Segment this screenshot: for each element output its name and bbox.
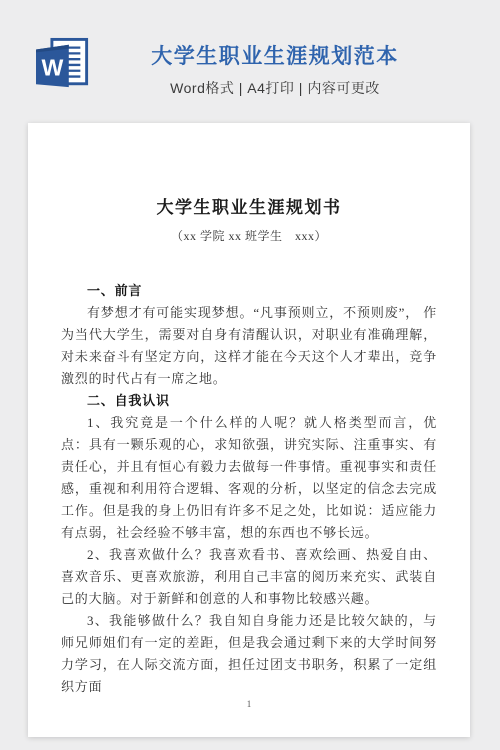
- document-page: 大学生职业生涯规划书 （xx 学院 xx 班学生 xxx） 一、前言有梦想才有可…: [28, 123, 470, 737]
- doc-subtitle: （xx 学院 xx 班学生 xxx）: [61, 227, 437, 244]
- header-text-block: 大学生职业生涯规划范本 Word格式 | A4打印 | 内容可更改: [50, 40, 500, 98]
- paragraph: 有梦想才有可能实现梦想。“凡事预则立，不预则废”， 作为当代大学生，需要对自身有…: [61, 302, 437, 390]
- doc-title: 大学生职业生涯规划书: [61, 193, 437, 218]
- section-heading: 一、前言: [61, 280, 437, 302]
- template-format-info: Word格式 | A4打印 | 内容可更改: [50, 78, 500, 98]
- paragraph: 1、我究竟是一个什么样的人呢？就人格类型而言，优点：具有一颗乐观的心，求知欲强，…: [61, 412, 437, 544]
- section-heading: 二、自我认识: [61, 390, 437, 412]
- paragraph: 2、我喜欢做什么？我喜欢看书、喜欢绘画、热爱自由、喜欢音乐、更喜欢旅游，利用自己…: [61, 544, 437, 610]
- header: W 大学生职业生涯规划范本 Word格式 | A4打印 | 内容可更改: [0, 0, 500, 123]
- paragraph: 3、我能够做什么？我自知自身能力还是比较欠缺的，与师兄师姐们有一定的差距，但是我…: [61, 610, 437, 698]
- page-number: 1: [28, 699, 470, 709]
- template-title: 大学生职业生涯规划范本: [50, 40, 500, 70]
- doc-body: 一、前言有梦想才有可能实现梦想。“凡事预则立，不预则废”， 作为当代大学生，需要…: [61, 280, 437, 698]
